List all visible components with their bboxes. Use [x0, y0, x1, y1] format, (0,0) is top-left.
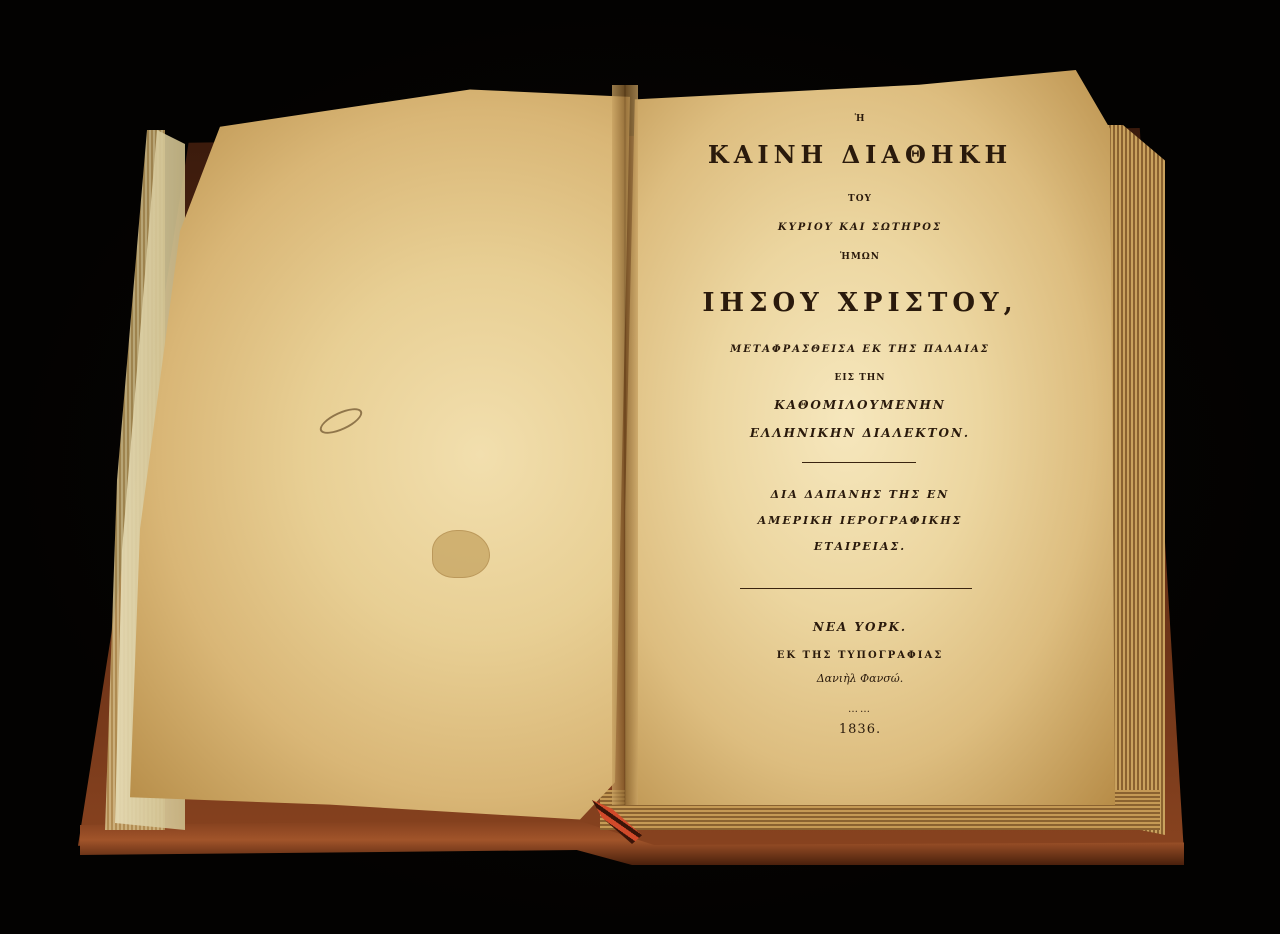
title-kathomiloumenen: ΚΑΘΟΜΙΛΟΥΜΕΝΗΝ — [640, 398, 1080, 412]
publication-year: 1836. — [640, 722, 1080, 737]
water-stain — [432, 530, 490, 578]
left-blank-page — [130, 82, 630, 827]
printer-line: ΕΚ ΤΗΣ ΤΥΠΟΓΡΑΦΙΑΣ — [640, 650, 1080, 661]
publisher-line-1: ΔΙΑ ΔΑΠΑΝΗΣ ΤΗΣ ΕΝ — [640, 488, 1080, 501]
title-page-text: Ἡ ΚΑΙΝΗ ΔΙΑΘΗΚΗ ΤΟΥ ΚΥΡΙΟΥ ΚΑΙ ΣΩΤΗΡΟΣ Ἡ… — [640, 100, 1080, 750]
divider-rule-short — [802, 462, 916, 463]
title-dialect: ΕΛΛΗΝΙΚΗΝ ΔΙΑΛΕΚΤΟΝ. — [640, 426, 1080, 440]
divider-rule-long — [740, 588, 972, 589]
publisher-line-2: ΑΜΕΡΙΚΗ ΙΕΡΟΓΡΑΦΙΚΗΣ — [640, 514, 1080, 527]
ornament-dots: …… — [640, 704, 1080, 715]
city: ΝΕΑ ΥΟΡΚ. — [640, 620, 1080, 634]
printer-name: Δανιὴλ Φανσώ. — [640, 672, 1080, 685]
book-gutter — [612, 85, 638, 805]
title-translated: ΜΕΤΑΦΡΑΣΘΕΙΣΑ ΕΚ ΤΗΣ ΠΑΛΑΙΑΣ — [640, 344, 1080, 355]
title-kyriou: ΚΥΡΙΟΥ ΚΑΙ ΣΩΤΗΡΟΣ — [640, 222, 1080, 233]
title-name: ΙΗΣΟΥ ΧΡΙΣΤΟΥ, — [640, 288, 1080, 318]
title-tou: ΤΟΥ — [640, 194, 1080, 204]
title-eis-ten: ΕΙΣ ΤΗΝ — [640, 373, 1080, 383]
title-article: Ἡ — [640, 114, 1080, 124]
main-title: ΚΑΙΝΗ ΔΙΑΘΗΚΗ — [640, 140, 1080, 169]
title-hemon: ἩΜΩΝ — [640, 252, 1080, 262]
publisher-line-3: ΕΤΑΙΡΕΙΑΣ. — [640, 540, 1080, 553]
